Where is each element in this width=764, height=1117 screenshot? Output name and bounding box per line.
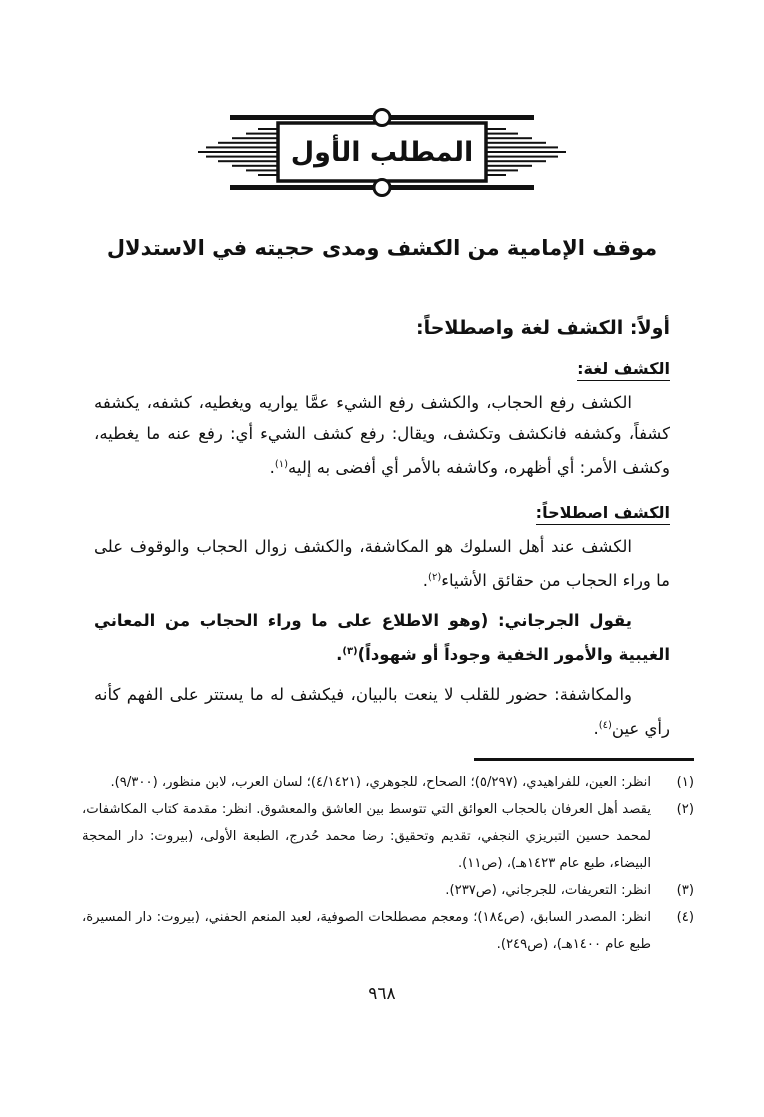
paragraph-text: والمكاشفة: حضور للقلب لا ينعت بالبيان، ف… xyxy=(94,685,670,738)
footnote-number: (١) xyxy=(660,769,694,796)
heading-kashf-istilah: الكشف اصطلاحاً: xyxy=(94,503,670,522)
footnote-item: (٣) انظر: التعريفات، للجرجاني، (ص٢٣٧). xyxy=(82,877,694,904)
page-title: موقف الإمامية من الكشف ومدى حجيته في الا… xyxy=(40,234,724,263)
heading-first-section: أولاً: الكشف لغة واصطلاحاً: xyxy=(94,317,670,339)
footnote-number: (٣) xyxy=(660,877,694,904)
footnote-item: (٢) يقصد أهل العرفان بالحجاب العوائق الت… xyxy=(82,796,694,877)
footnote-separator xyxy=(474,758,694,760)
footnotes-block: (١) انظر: العين، للفراهيدي، (٥/٢٩٧)؛ الص… xyxy=(82,769,694,958)
paragraph-text: الكشف رفع الحجاب، والكشف رفع الشيء عمَّا… xyxy=(94,393,670,477)
footnote-ref-4: (٤) xyxy=(599,720,612,731)
heading-kashf-lugha: الكشف لغة: xyxy=(94,359,670,378)
footnote-ref-2: (٢) xyxy=(428,572,441,583)
page-body: أولاً: الكشف لغة واصطلاحاً: الكشف لغة: ا… xyxy=(94,317,670,1003)
footnote-text: انظر: العين، للفراهيدي، (٥/٢٩٧)؛ الصحاح،… xyxy=(82,769,651,796)
footnote-text: يقصد أهل العرفان بالحجاب العوائق التي تت… xyxy=(82,796,651,877)
paragraph-text: الكشف عند أهل السلوك هو المكاشفة، والكشف… xyxy=(94,537,670,590)
paragraph-kashf-lugha: الكشف رفع الحجاب، والكشف رفع الشيء عمَّا… xyxy=(94,387,670,483)
footnote-number: (٤) xyxy=(660,904,694,931)
footnote-item: (١) انظر: العين، للفراهيدي، (٥/٢٩٧)؛ الص… xyxy=(82,769,694,796)
footnote-text: انظر: التعريفات، للجرجاني، (ص٢٣٧). xyxy=(82,877,651,904)
page-number: ٩٦٨ xyxy=(94,984,670,1004)
footnote-ref-3: (٣) xyxy=(342,646,357,657)
paragraph-kashf-istilah: الكشف عند أهل السلوك هو المكاشفة، والكشف… xyxy=(94,531,670,596)
paragraph-mukashafa: والمكاشفة: حضور للقلب لا ينعت بالبيان، ف… xyxy=(94,679,670,744)
chapter-ornament: المطلب الأول xyxy=(190,108,574,198)
footnote-ref-1: (١) xyxy=(275,459,288,470)
footnote-item: (٤) انظر: المصدر السابق، (ص١٨٤)؛ ومعجم م… xyxy=(82,904,694,958)
chapter-label: المطلب الأول xyxy=(278,123,486,181)
footnote-number: (٢) xyxy=(660,796,694,823)
book-page: المطلب الأول موقف الإمامية من الكشف ومدى… xyxy=(0,0,764,1117)
paragraph-text: يقول الجرجاني: (وهو الاطلاع على ما وراء … xyxy=(94,611,670,664)
footnote-text: انظر: المصدر السابق، (ص١٨٤)؛ ومعجم مصطلح… xyxy=(82,904,651,958)
paragraph-jurjani-quote: يقول الجرجاني: (وهو الاطلاع على ما وراء … xyxy=(94,605,670,670)
